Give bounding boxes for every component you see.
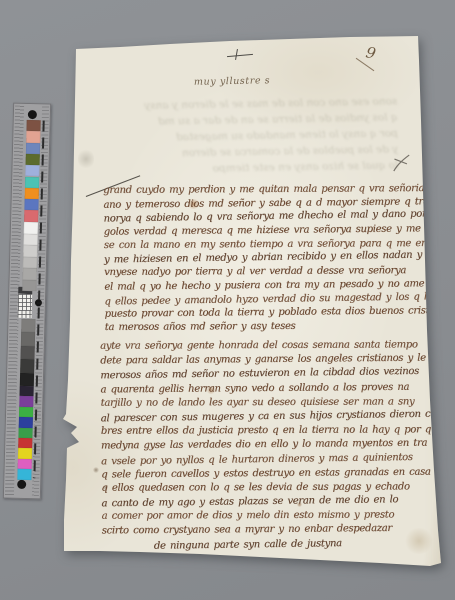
manuscript-line: bres entre ellos da justicia presto q en… xyxy=(101,423,433,439)
manuscript-line: a comer por amor de dios y melo din esto… xyxy=(102,509,434,525)
photograph-of-manuscript: { "scene": { "background_color": "#8a8d9… xyxy=(0,0,455,600)
letter-heading: muy yllustre s xyxy=(194,75,270,88)
paper-shadow-wrap: sono ese ano con los de mas se le dieron… xyxy=(0,0,455,600)
cross-mark xyxy=(227,54,253,58)
manuscript-line: vnyese nadyo por tierra y al ver verdad … xyxy=(104,264,426,280)
stain xyxy=(78,148,94,170)
folio-number: 9 xyxy=(364,43,377,63)
letter-paragraph-2: ayte vra señorya gente honrada del cosas… xyxy=(100,338,434,554)
manuscript-line: ayte vra señorya gente honrada del cosas… xyxy=(100,338,432,354)
letter-paragraph-1: grand cuydo my perdion y me quitan mala … xyxy=(103,181,427,335)
verso-showthrough-text: sono ese ano con los de mas se le dieron… xyxy=(97,93,398,186)
stain xyxy=(93,467,99,473)
manuscript-line: de ninguna parte syn calle de justyna xyxy=(154,535,434,553)
manuscript-page: sono ese ano con los de mas se le dieron… xyxy=(0,0,455,600)
manuscript-line: ta merosos años md señor y asy teses xyxy=(105,319,427,335)
margin-flourish-mark xyxy=(391,151,412,175)
manuscript-line: grand cuydo my perdion y me quitan mala … xyxy=(103,182,425,198)
